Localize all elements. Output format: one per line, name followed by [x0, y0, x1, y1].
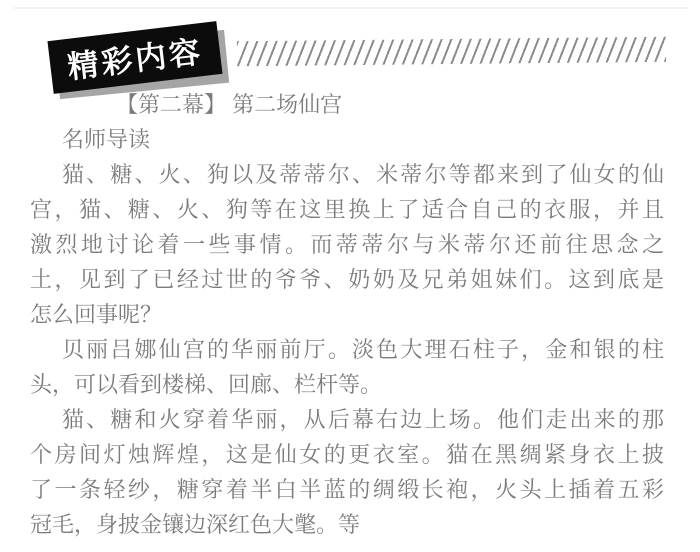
section-label: 名师导读 — [30, 122, 664, 157]
text-line: 激烈地讨论着一些事情。而蒂蒂尔与米蒂尔还前往思念之 — [30, 227, 664, 262]
text-line: 个房间灯烛辉煌，这是仙女的更衣室。猫在黑绸紧身衣上披 — [30, 437, 664, 472]
text-line: 宫，猫、糖、火、狗等在这里换上了适合自己的衣服，并且 — [30, 192, 664, 227]
scene-title: 【第二幕】 第二场仙宫 — [30, 87, 664, 122]
text-line: 贝丽吕娜仙宫的华丽前厅。淡色大理石柱子，金和银的柱 — [30, 332, 664, 367]
text-line: 头，可以看到楼梯、回廊、栏杆等。 — [30, 367, 664, 402]
text-line: 了一条轻纱，糖穿着半白半蓝的绸缎长袍，火头上插着五彩 — [30, 472, 664, 507]
page: { "banner": { "label": "精彩内容" }, "colors… — [0, 0, 700, 552]
top-divider — [14, 7, 688, 9]
text-line: 冠毛，身披金镶边深红色大氅。等 — [30, 507, 664, 542]
reading-content: 【第二幕】 第二场仙宫 名师导读 猫、糖、火、狗以及蒂蒂尔、米蒂尔等都来到了仙女… — [30, 87, 664, 542]
text-line: 猫、糖、火、狗以及蒂蒂尔、米蒂尔等都来到了仙女的仙 — [30, 157, 664, 192]
text-line: 怎么回事呢？ — [30, 297, 664, 332]
content-header-banner: 精彩内容 — [50, 31, 220, 84]
banner-label: 精彩内容 — [65, 26, 205, 87]
hatch-stripes-decoration — [237, 37, 666, 66]
text-line: 土，见到了已经过世的爷爷、奶奶及兄弟姐妹们。这到底是 — [30, 262, 664, 297]
text-line: 猫、糖和火穿着华丽，从后幕右边上场。他们走出来的那 — [30, 402, 664, 437]
